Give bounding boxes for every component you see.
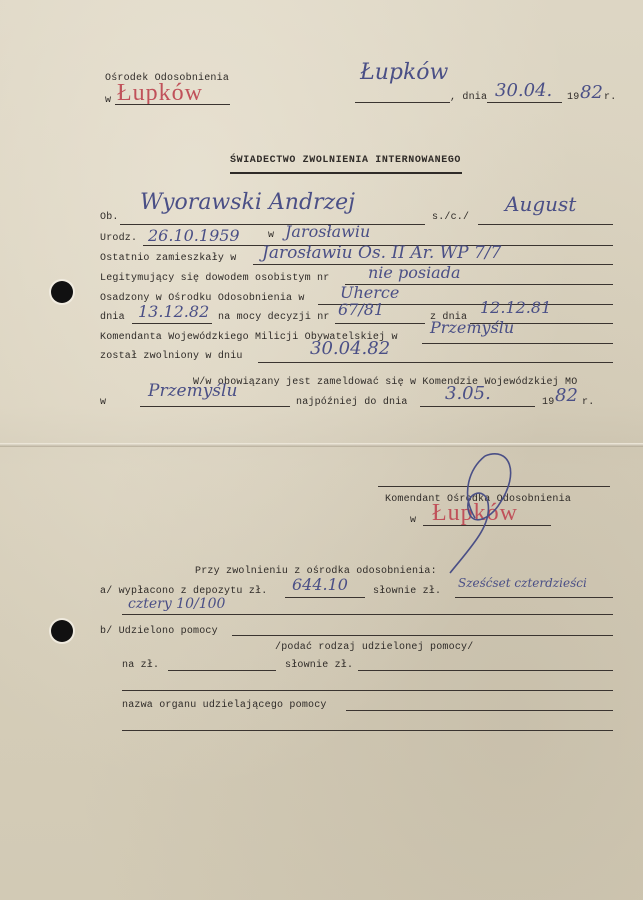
organ-cont-underline: [122, 730, 613, 731]
a-words-underline: [455, 597, 613, 598]
place-underline: [355, 102, 450, 103]
report-year-prefix: 19: [542, 397, 554, 408]
decision-label: na mocy decyzji nr: [218, 312, 330, 323]
paper-fold: [0, 443, 643, 447]
id-label: Legitymujący się dowodem osobistym nr: [100, 273, 329, 284]
born-place-value: Jarosławiu: [285, 222, 370, 241]
a-words-value: Sześćset czterdzieści: [458, 576, 587, 590]
date-underline: [487, 102, 562, 103]
year-suffix: r.: [604, 92, 616, 103]
center-stamp: Łupków: [117, 80, 203, 107]
b-label: b/ Udzielono pomocy: [100, 626, 218, 637]
title-underline: [230, 172, 462, 174]
b-amount-underline: [168, 670, 276, 671]
report-place-underline: [140, 406, 290, 407]
document-title: ŚWIADECTWO ZWOLNIENIA INTERNOWANEGO: [230, 155, 461, 166]
decision-date-value: 12.12.81: [480, 298, 551, 317]
a-words-cont-underline: [122, 614, 613, 615]
id-value: nie posiada: [368, 263, 461, 282]
b-amount-label: na zł.: [122, 660, 159, 671]
a-words-label: słownie zł.: [373, 586, 441, 597]
parent-value: August: [505, 192, 576, 216]
day-value: 13.12.82: [138, 302, 209, 321]
organ-underline: [346, 710, 613, 711]
signature-scribble-icon: [430, 448, 530, 578]
commander-underline: [422, 343, 613, 344]
b-words-label: słownie zł.: [285, 660, 353, 671]
b-hint: /podać rodzaj udzielonej pomocy/: [275, 642, 473, 653]
deadline-underline: [420, 406, 535, 407]
name-label: Ob.: [100, 212, 119, 223]
deadline-label: najpóźniej do dnia: [296, 397, 408, 408]
name-underline: [120, 224, 425, 225]
year-handwritten: 82: [580, 82, 603, 103]
b-words-underline: [358, 670, 613, 671]
b-underline: [232, 635, 613, 636]
residence-value: Jarosławiu Os. II Ar. WP 7/7: [262, 243, 501, 263]
commander-value: Przemyślu: [430, 318, 514, 337]
a-words-cont: cztery 10/100: [128, 596, 225, 612]
released-value: 30.04.82: [310, 338, 390, 359]
b-words-cont-underline: [122, 690, 613, 691]
decision-underline: [335, 323, 425, 324]
center-underline: [115, 104, 230, 105]
decision-value: 67/81: [338, 300, 384, 319]
report-year-suffix: r.: [582, 397, 594, 408]
residence-label: Ostatnio zamieszkały w: [100, 253, 236, 264]
signature-in-label: w: [410, 515, 416, 526]
parent-underline: [478, 224, 613, 225]
year-prefix: 19: [567, 92, 579, 103]
born-label: Urodz.: [100, 233, 137, 244]
organ-label: nazwa organu udzielającego pomocy: [122, 700, 327, 711]
day-underline: [132, 323, 212, 324]
report-in-label: w: [100, 397, 106, 408]
released-label: został zwolniony w dniu: [100, 351, 243, 362]
a-amount-underline: [285, 597, 365, 598]
a-amount: 644.10: [292, 575, 348, 594]
name-value: Wyorawski Andrzej: [140, 190, 355, 215]
date-handwritten: 30.04.: [495, 80, 552, 101]
document-page: Ośrodek Odosobnienia w Łupków Łupków , d…: [0, 0, 643, 900]
report-line: W/w obowiązany jest zameldować się w Kom…: [193, 377, 577, 388]
punch-hole-top: [51, 281, 73, 303]
report-place-value: Przemyślu: [148, 381, 237, 401]
parent-label: s./c./: [432, 212, 469, 223]
report-year-value: 82: [555, 385, 578, 406]
released-underline: [258, 362, 613, 363]
deadline-value: 3.05.: [445, 383, 491, 404]
place-handwritten: Łupków: [360, 60, 448, 85]
day-label: dnia: [100, 312, 125, 323]
date-label: , dnia: [450, 92, 487, 103]
born-in-label: w: [268, 230, 274, 241]
born-date-value: 26.10.1959: [148, 226, 240, 245]
center-in-prefix: w: [105, 95, 111, 106]
punch-hole-bottom: [51, 620, 73, 642]
